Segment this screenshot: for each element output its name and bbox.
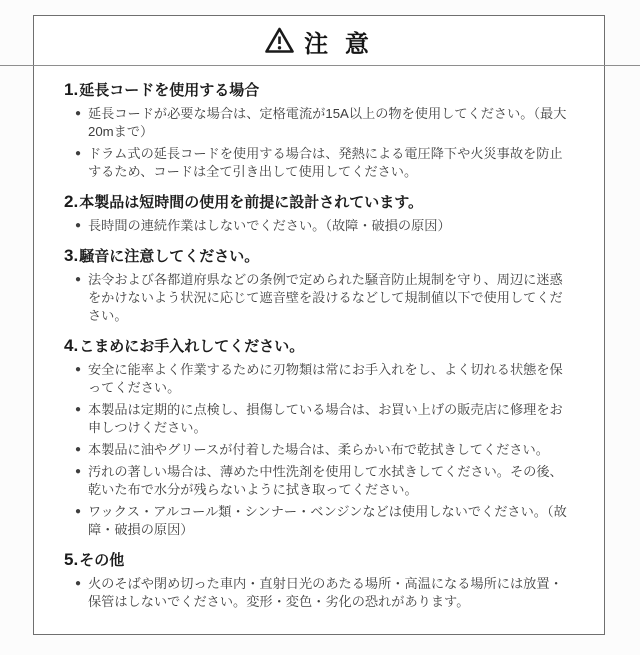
bullet-text: 火のそばや閉め切った車内・直射日光のあたる場所・高温になる場所には放置・保管はし… bbox=[88, 576, 563, 609]
section-short-time-use: 2.本製品は短時間の使用を前提に設計されています。 ●長時間の連続作業はしないで… bbox=[64, 192, 586, 235]
section-heading-text: 本製品は短時間の使用を前提に設計されています。 bbox=[79, 194, 423, 211]
bullet-item: ●ドラム式の延長コードを使用する場合は、発熱による電圧降下や火災事故を防止するた… bbox=[75, 145, 568, 181]
bullet-item: ●ワックス・アルコール類・シンナー・ベンジンなどは使用しないでください。（故障・… bbox=[75, 503, 568, 539]
section-number: 3. bbox=[64, 246, 78, 265]
bullet-text: 本製品に油やグリースが付着した場合は、柔らかい布で乾拭きしてください。 bbox=[88, 442, 549, 457]
bullet-icon: ● bbox=[75, 221, 81, 231]
section-extension-cord: 1.延長コードを使用する場合 ●延長コードが必要な場合は、定格電流が15A以上の… bbox=[64, 80, 586, 181]
bullet-icon: ● bbox=[75, 445, 81, 455]
bullet-icon: ● bbox=[75, 579, 81, 589]
section-heading: 3.騒音に注意してください。 bbox=[64, 246, 586, 267]
header-divider-line bbox=[0, 65, 640, 66]
bullet-item: ●本製品に油やグリースが付着した場合は、柔らかい布で乾拭きしてください。 bbox=[75, 441, 568, 459]
bullet-item: ●法令および各都道府県などの条例で定められた騒音防止規制を守り、周辺に迷惑をかけ… bbox=[75, 271, 568, 325]
bullet-text: 本製品は定期的に点検し、損傷している場合は、お買い上げの販売店に修理をお申しつけ… bbox=[88, 402, 563, 435]
section-number: 4. bbox=[64, 336, 78, 355]
section-heading: 4.こまめにお手入れしてください。 bbox=[64, 336, 586, 357]
bullet-icon: ● bbox=[75, 507, 81, 517]
bullet-text: ドラム式の延長コードを使用する場合は、発熱による電圧降下や火災事故を防止するため… bbox=[88, 146, 563, 179]
bullet-item: ●長時間の連続作業はしないでください。（故障・破損の原因） bbox=[75, 217, 568, 235]
section-heading-text: 騒音に注意してください。 bbox=[79, 248, 259, 265]
section-heading: 2.本製品は短時間の使用を前提に設計されています。 bbox=[64, 192, 586, 213]
bullet-icon: ● bbox=[75, 365, 81, 375]
bullet-text: 延長コードが必要な場合は、定格電流が15A以上の物を使用してください。（最大20… bbox=[88, 106, 566, 139]
bullet-icon: ● bbox=[75, 275, 81, 285]
section-number: 5. bbox=[64, 550, 78, 569]
bullet-text: 法令および各都道府県などの条例で定められた騒音防止規制を守り、周辺に迷惑をかけな… bbox=[88, 272, 563, 323]
bullet-item: ●火のそばや閉め切った車内・直射日光のあたる場所・高温になる場所には放置・保管は… bbox=[75, 575, 568, 611]
bullet-text: 汚れの著しい場合は、薄めた中性洗剤を使用して水拭きしてください。その後、乾いた布… bbox=[88, 464, 563, 497]
bullet-text: 長時間の連続作業はしないでください。（故障・破損の原因） bbox=[88, 218, 451, 233]
section-heading-text: その他 bbox=[79, 552, 124, 569]
section-other: 5.その他 ●火のそばや閉め切った車内・直射日光のあたる場所・高温になる場所には… bbox=[64, 550, 586, 611]
section-number: 2. bbox=[64, 192, 78, 211]
section-heading: 5.その他 bbox=[64, 550, 586, 571]
bullet-item: ●安全に能率よく作業するために刃物類は常にお手入れをし、よく切れる状態を保ってく… bbox=[75, 361, 568, 397]
section-number: 1. bbox=[64, 80, 78, 99]
caution-title: 注 意 bbox=[304, 24, 374, 59]
bullet-icon: ● bbox=[75, 149, 81, 159]
warning-triangle-icon bbox=[264, 26, 295, 54]
section-maintenance: 4.こまめにお手入れしてください。 ●安全に能率よく作業するために刃物類は常にお… bbox=[64, 336, 586, 539]
caution-box: 注 意 1.延長コードを使用する場合 ●延長コードが必要な場合は、定格電流が15… bbox=[33, 15, 605, 635]
caution-body: 1.延長コードを使用する場合 ●延長コードが必要な場合は、定格電流が15A以上の… bbox=[34, 66, 604, 611]
section-heading-text: 延長コードを使用する場合 bbox=[79, 82, 259, 99]
bullet-icon: ● bbox=[75, 405, 81, 415]
bullet-icon: ● bbox=[75, 109, 81, 119]
section-noise: 3.騒音に注意してください。 ●法令および各都道府県などの条例で定められた騒音防… bbox=[64, 246, 586, 325]
bullet-item: ●汚れの著しい場合は、薄めた中性洗剤を使用して水拭きしてください。その後、乾いた… bbox=[75, 463, 568, 499]
section-heading-text: こまめにお手入れしてください。 bbox=[79, 338, 304, 355]
section-heading: 1.延長コードを使用する場合 bbox=[64, 80, 586, 101]
bullet-icon: ● bbox=[75, 467, 81, 477]
caution-header: 注 意 bbox=[34, 16, 604, 66]
bullet-item: ●延長コードが必要な場合は、定格電流が15A以上の物を使用してください。（最大2… bbox=[75, 105, 568, 141]
bullet-item: ●本製品は定期的に点検し、損傷している場合は、お買い上げの販売店に修理をお申しつ… bbox=[75, 401, 568, 437]
bullet-text: ワックス・アルコール類・シンナー・ベンジンなどは使用しないでください。（故障・破… bbox=[88, 504, 567, 537]
bullet-text: 安全に能率よく作業するために刃物類は常にお手入れをし、よく切れる状態を保ってくだ… bbox=[88, 362, 563, 395]
